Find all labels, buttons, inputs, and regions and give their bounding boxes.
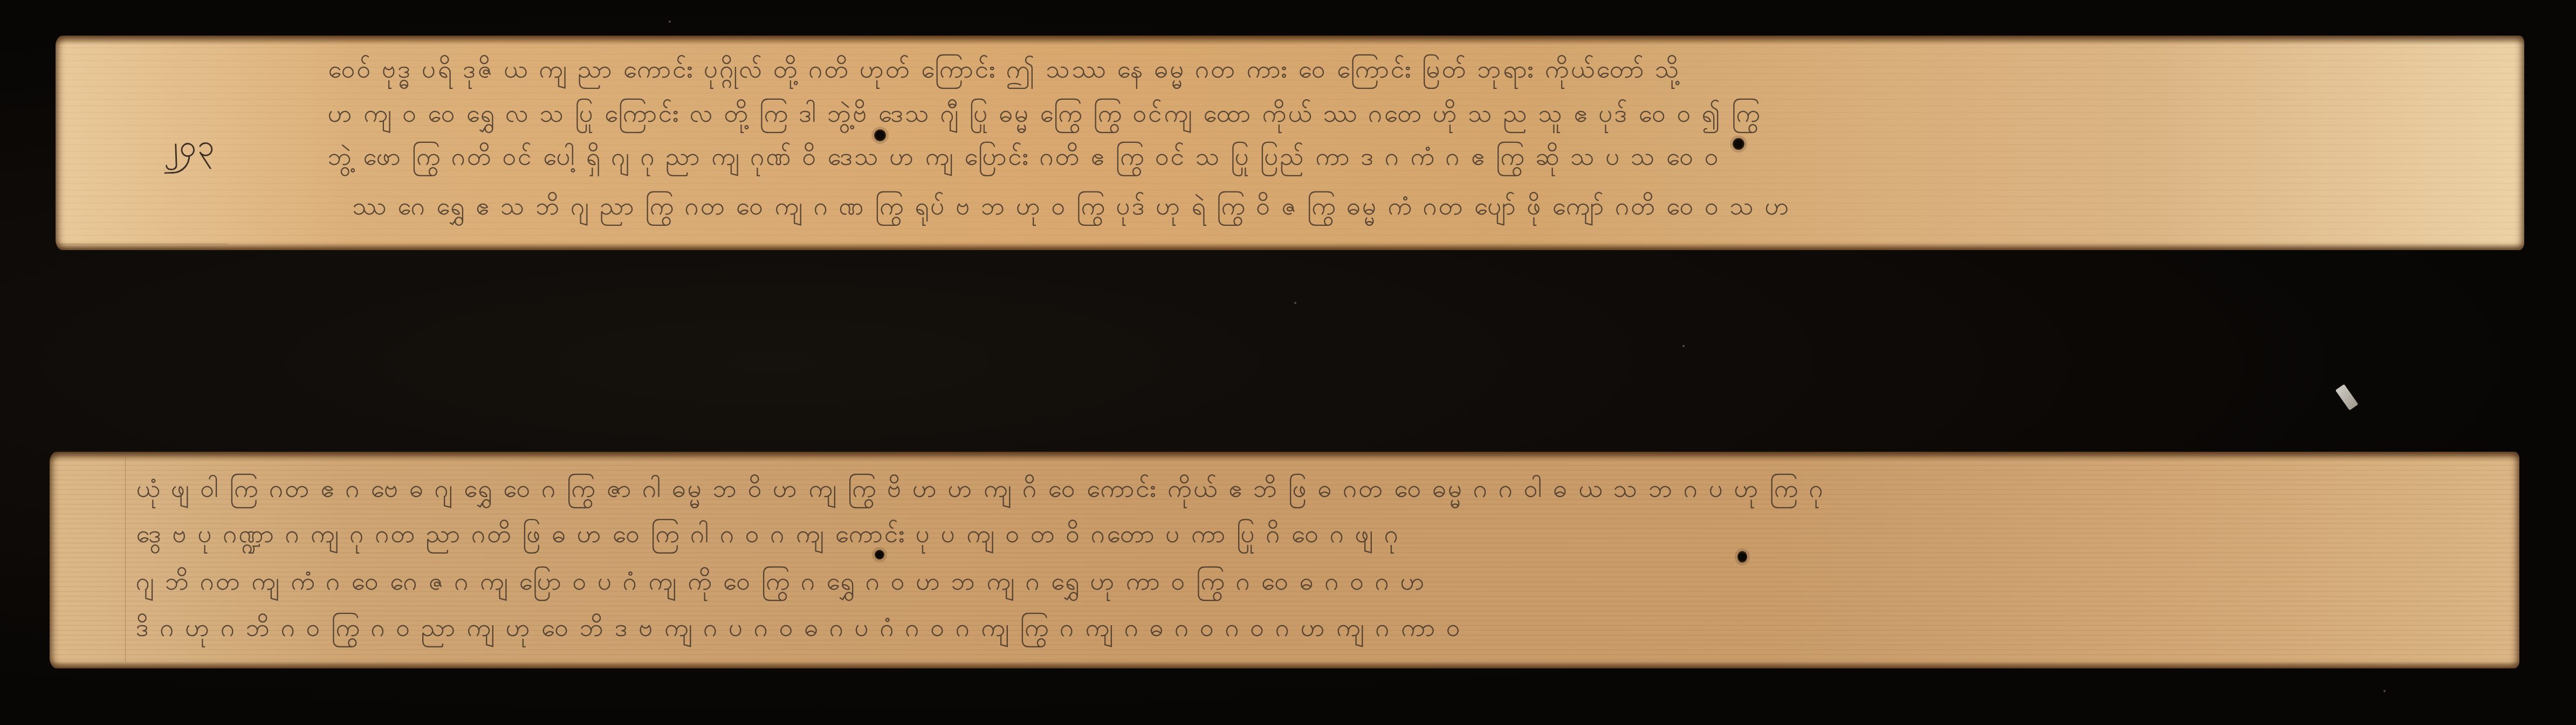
manuscript-line-1: ယုံ ဖျ ဝါ ကြ ဂတ ဧ ဂ ဗေ ဓ ဂျ ရွှေ ဝေ ဂ ကြ… [136, 473, 2455, 509]
dust-speck [2383, 690, 2386, 692]
dust-speck [669, 20, 671, 23]
leaf-edge-shading [50, 452, 2519, 461]
dust-speck [1294, 302, 1296, 304]
manuscript-line-2: ဟ ကျ ဝ ဝေ ရွှေ လ သ ပြု ကြောင်း လ တို့ ကြ… [328, 98, 2431, 134]
binding-hole-right [1733, 138, 1744, 150]
leaf-edge-shading [56, 36, 2524, 45]
binding-hole-left [875, 550, 884, 560]
leaf-edge-shading [56, 243, 2524, 250]
dust-speck [1682, 345, 1685, 347]
manuscript-line-3: ဘွဲ့ ဖော ကြွ ဂတိ ဝင် ပေါ့ ရှိ ဂျ ဂု ညာ က… [328, 141, 2431, 177]
binding-hole-right [1737, 551, 1747, 563]
margin-rule [125, 457, 126, 662]
palm-leaf-folio-top: ၂၀၃ ဝေဝ် ဗုဒ္ဓ ပရိ ဒုဇိ ယ ကျ ညာ ကောင်း ပ… [56, 36, 2524, 250]
manuscript-line-3: ဂျ ဘိ ဂတ ကျ ကံ ဂ ဝေ ဂေ ဇ ဂ ကျ ပြော ဝ ပ ဂ… [136, 566, 2455, 602]
manuscript-line-2: ဒွေ ဗ ပု ဂဏ္ဍာ ဂ ကျ ဂု ဂတ ညာ ဂတိ ဖြ ဓ ဟ … [136, 519, 2455, 555]
palm-leaf-folio-bottom: ယုံ ဖျ ဝါ ကြ ဂတ ဧ ဂ ဗေ ဓ ဂျ ရွှေ ဝေ ဂ ကြ… [50, 452, 2519, 668]
leaf-edge-shading [50, 661, 2519, 668]
manuscript-line-4: ဒိ ဂ ဟု ဂ ဘိ ဂ ဝ ကြွ ဂ ဝ ညာ ကျ ဟု ဝေ ဘိ … [136, 612, 2455, 648]
folio-number: ၂၀၃ [163, 126, 216, 172]
ruling-line [56, 244, 228, 244]
manuscript-line-4: ဿ ဂေ ရွှေ ဧ သ ဘိ ဂျ ညာ ကြွ ဂတ ဝေ ကျ ဂ ဏ … [352, 191, 2434, 227]
manuscript-line-1: ဝေဝ် ဗုဒ္ဓ ပရိ ဒုဇိ ယ ကျ ညာ ကောင်း ပုဂ္ဂ… [328, 54, 2431, 90]
binding-hole-left [874, 129, 886, 141]
